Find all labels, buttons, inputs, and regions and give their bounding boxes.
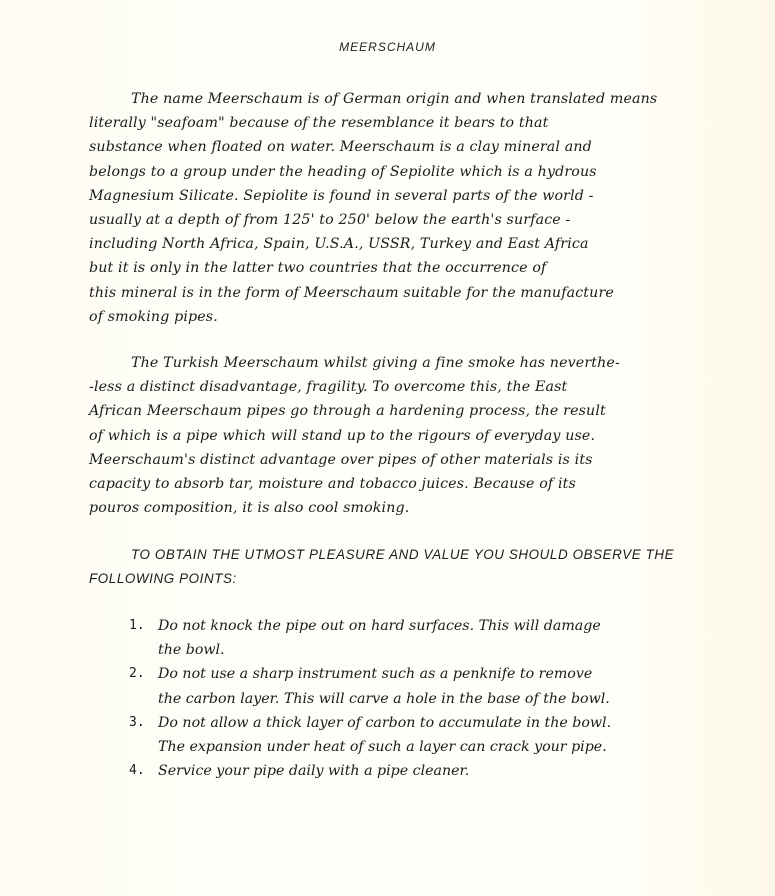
text-line: Magnesium Silicate. Sepiolite is found i… — [89, 184, 729, 208]
text-line: Do not knock the pipe out on hard surfac… — [158, 614, 749, 638]
text-line: FOLLOWING POINTS: — [89, 567, 729, 591]
care-points-list: 1. Do not knock the pipe out on hard sur… — [129, 614, 749, 783]
text-line: The expansion under heat of such a layer… — [158, 735, 749, 759]
text-line: this mineral is in the form of Meerschau… — [89, 281, 729, 305]
text-line: capacity to absorb tar, moisture and tob… — [89, 472, 729, 496]
text-line: The Turkish Meerschaum whilst giving a f… — [89, 351, 729, 375]
text-line: The name Meerschaum is of German origin … — [89, 87, 729, 111]
text-line: Do not allow a thick layer of carbon to … — [158, 711, 749, 735]
paragraph-turkish-vs-african: The Turkish Meerschaum whilst giving a f… — [89, 351, 729, 520]
document-title: MEERSCHAUM — [0, 40, 775, 54]
text-line: but it is only in the latter two countri… — [89, 256, 729, 280]
list-number: 1. — [129, 614, 145, 638]
text-line: -less a distinct disadvantage, fragility… — [89, 375, 729, 399]
list-item: 1. Do not knock the pipe out on hard sur… — [129, 614, 749, 662]
text-line: including North Africa, Spain, U.S.A., U… — [89, 232, 729, 256]
text-line: the bowl. — [158, 638, 749, 662]
list-item: 2. Do not use a sharp instrument such as… — [129, 662, 749, 710]
text-line: the carbon layer. This will carve a hole… — [158, 687, 749, 711]
text-line: Service your pipe daily with a pipe clea… — [158, 759, 749, 783]
text-line: Meerschaum's distinct advantage over pip… — [89, 448, 729, 472]
list-item: 4. Service your pipe daily with a pipe c… — [129, 759, 749, 783]
text-line: belongs to a group under the heading of … — [89, 160, 729, 184]
list-number: 2. — [129, 662, 145, 686]
list-number: 3. — [129, 711, 145, 735]
paragraph-instructions-heading: TO OBTAIN THE UTMOST PLEASURE AND VALUE … — [89, 543, 729, 591]
text-line: TO OBTAIN THE UTMOST PLEASURE AND VALUE … — [89, 543, 729, 567]
document-page: MEERSCHAUM The name Meerschaum is of Ger… — [0, 0, 775, 896]
list-number: 4. — [129, 759, 145, 783]
text-line: of which is a pipe which will stand up t… — [89, 424, 729, 448]
text-line: pouros composition, it is also cool smok… — [89, 496, 729, 520]
list-item: 3. Do not allow a thick layer of carbon … — [129, 711, 749, 759]
paragraph-origin: The name Meerschaum is of German origin … — [89, 87, 729, 329]
text-line: of smoking pipes. — [89, 305, 729, 329]
text-line: African Meerschaum pipes go through a ha… — [89, 399, 729, 423]
text-line: usually at a depth of from 125' to 250' … — [89, 208, 729, 232]
text-line: Do not use a sharp instrument such as a … — [158, 662, 749, 686]
text-line: substance when floated on water. Meersch… — [89, 135, 729, 159]
text-line: literally "seafoam" because of the resem… — [89, 111, 729, 135]
